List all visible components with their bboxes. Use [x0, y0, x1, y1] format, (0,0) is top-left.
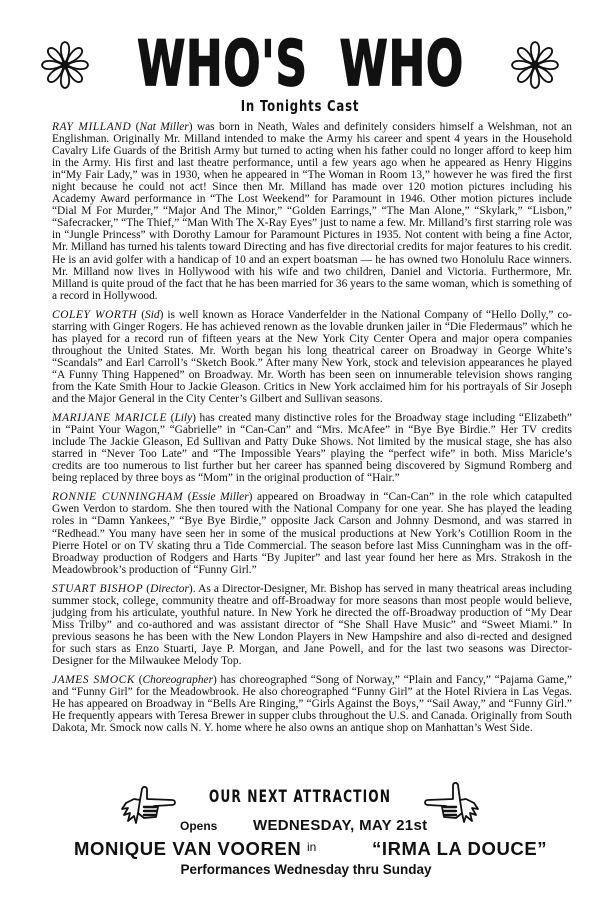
- page-subtitle: In Tonights Cast: [66, 97, 534, 115]
- star-name: MONIQUE VAN VOOREN: [74, 838, 301, 860]
- star-row: MONIQUE VAN VOOREN in “IRMA LA DOUCE”: [0, 838, 600, 862]
- bio-name: JAMES SMOCK: [52, 674, 135, 686]
- bio-name: COLEY WORTH: [52, 309, 137, 321]
- bio-paragraph: MARIJANE MARICLE (Lily) has created many…: [52, 412, 572, 484]
- opens-label: Opens: [180, 819, 217, 833]
- bio-role: Essie Miller: [192, 491, 249, 503]
- flower-ornament-icon: [39, 39, 91, 91]
- opens-date: WEDNESDAY, MAY 21st: [253, 817, 427, 834]
- header: WHO'S WHO: [0, 30, 600, 100]
- bio-name: RAY MILLAND: [52, 121, 131, 133]
- bio-paragraph: RONNIE CUNNINGHAM (Essie Miller) appeare…: [52, 491, 572, 575]
- program-page: WHO'S WHO In Tonights Cast RAY MILLAND (…: [0, 0, 600, 902]
- bio-role: Sid: [145, 309, 160, 321]
- performances-schedule: Performances Wednesday thru Sunday: [0, 862, 600, 877]
- bio-text: is well known as Horace Vanderfelder in …: [52, 309, 572, 405]
- bio-paragraph: STUART BISHOP (Director). As a Director-…: [52, 583, 572, 667]
- bio-name: RONNIE CUNNINGHAM: [52, 491, 183, 503]
- bio-name: STUART BISHOP: [52, 583, 143, 595]
- bio-paragraph: COLEY WORTH (Sid) is well known as Horac…: [52, 309, 572, 405]
- bio-role: Lily: [174, 412, 192, 424]
- cast-bios: RAY MILLAND (Nat Miller) was born in Nea…: [52, 121, 572, 741]
- bio-paragraph: JAMES SMOCK (Choreographer) has choreogr…: [52, 674, 572, 734]
- show-title: “IRMA LA DOUCE”: [372, 838, 547, 860]
- opens-row: Opens WEDNESDAY, MAY 21st: [0, 817, 600, 837]
- bio-role: Director: [150, 583, 189, 595]
- bio-role: Nat Miller: [139, 121, 188, 133]
- bio-paragraph: RAY MILLAND (Nat Miller) was born in Nea…: [52, 121, 572, 302]
- page-title: WHO'S WHO: [137, 31, 464, 98]
- bio-text: was born in Neath, Wales and definitely …: [52, 121, 572, 302]
- bio-text: . As a Director-Designer, Mr. Bishop has…: [52, 583, 572, 667]
- bio-name: MARIJANE MARICLE: [52, 412, 167, 424]
- bio-role: Choreographer: [143, 674, 213, 686]
- in-label: in: [307, 840, 316, 854]
- flower-ornament-icon: [509, 39, 561, 91]
- bio-text: appeared on Broadway in “Can-Can” in the…: [52, 491, 572, 575]
